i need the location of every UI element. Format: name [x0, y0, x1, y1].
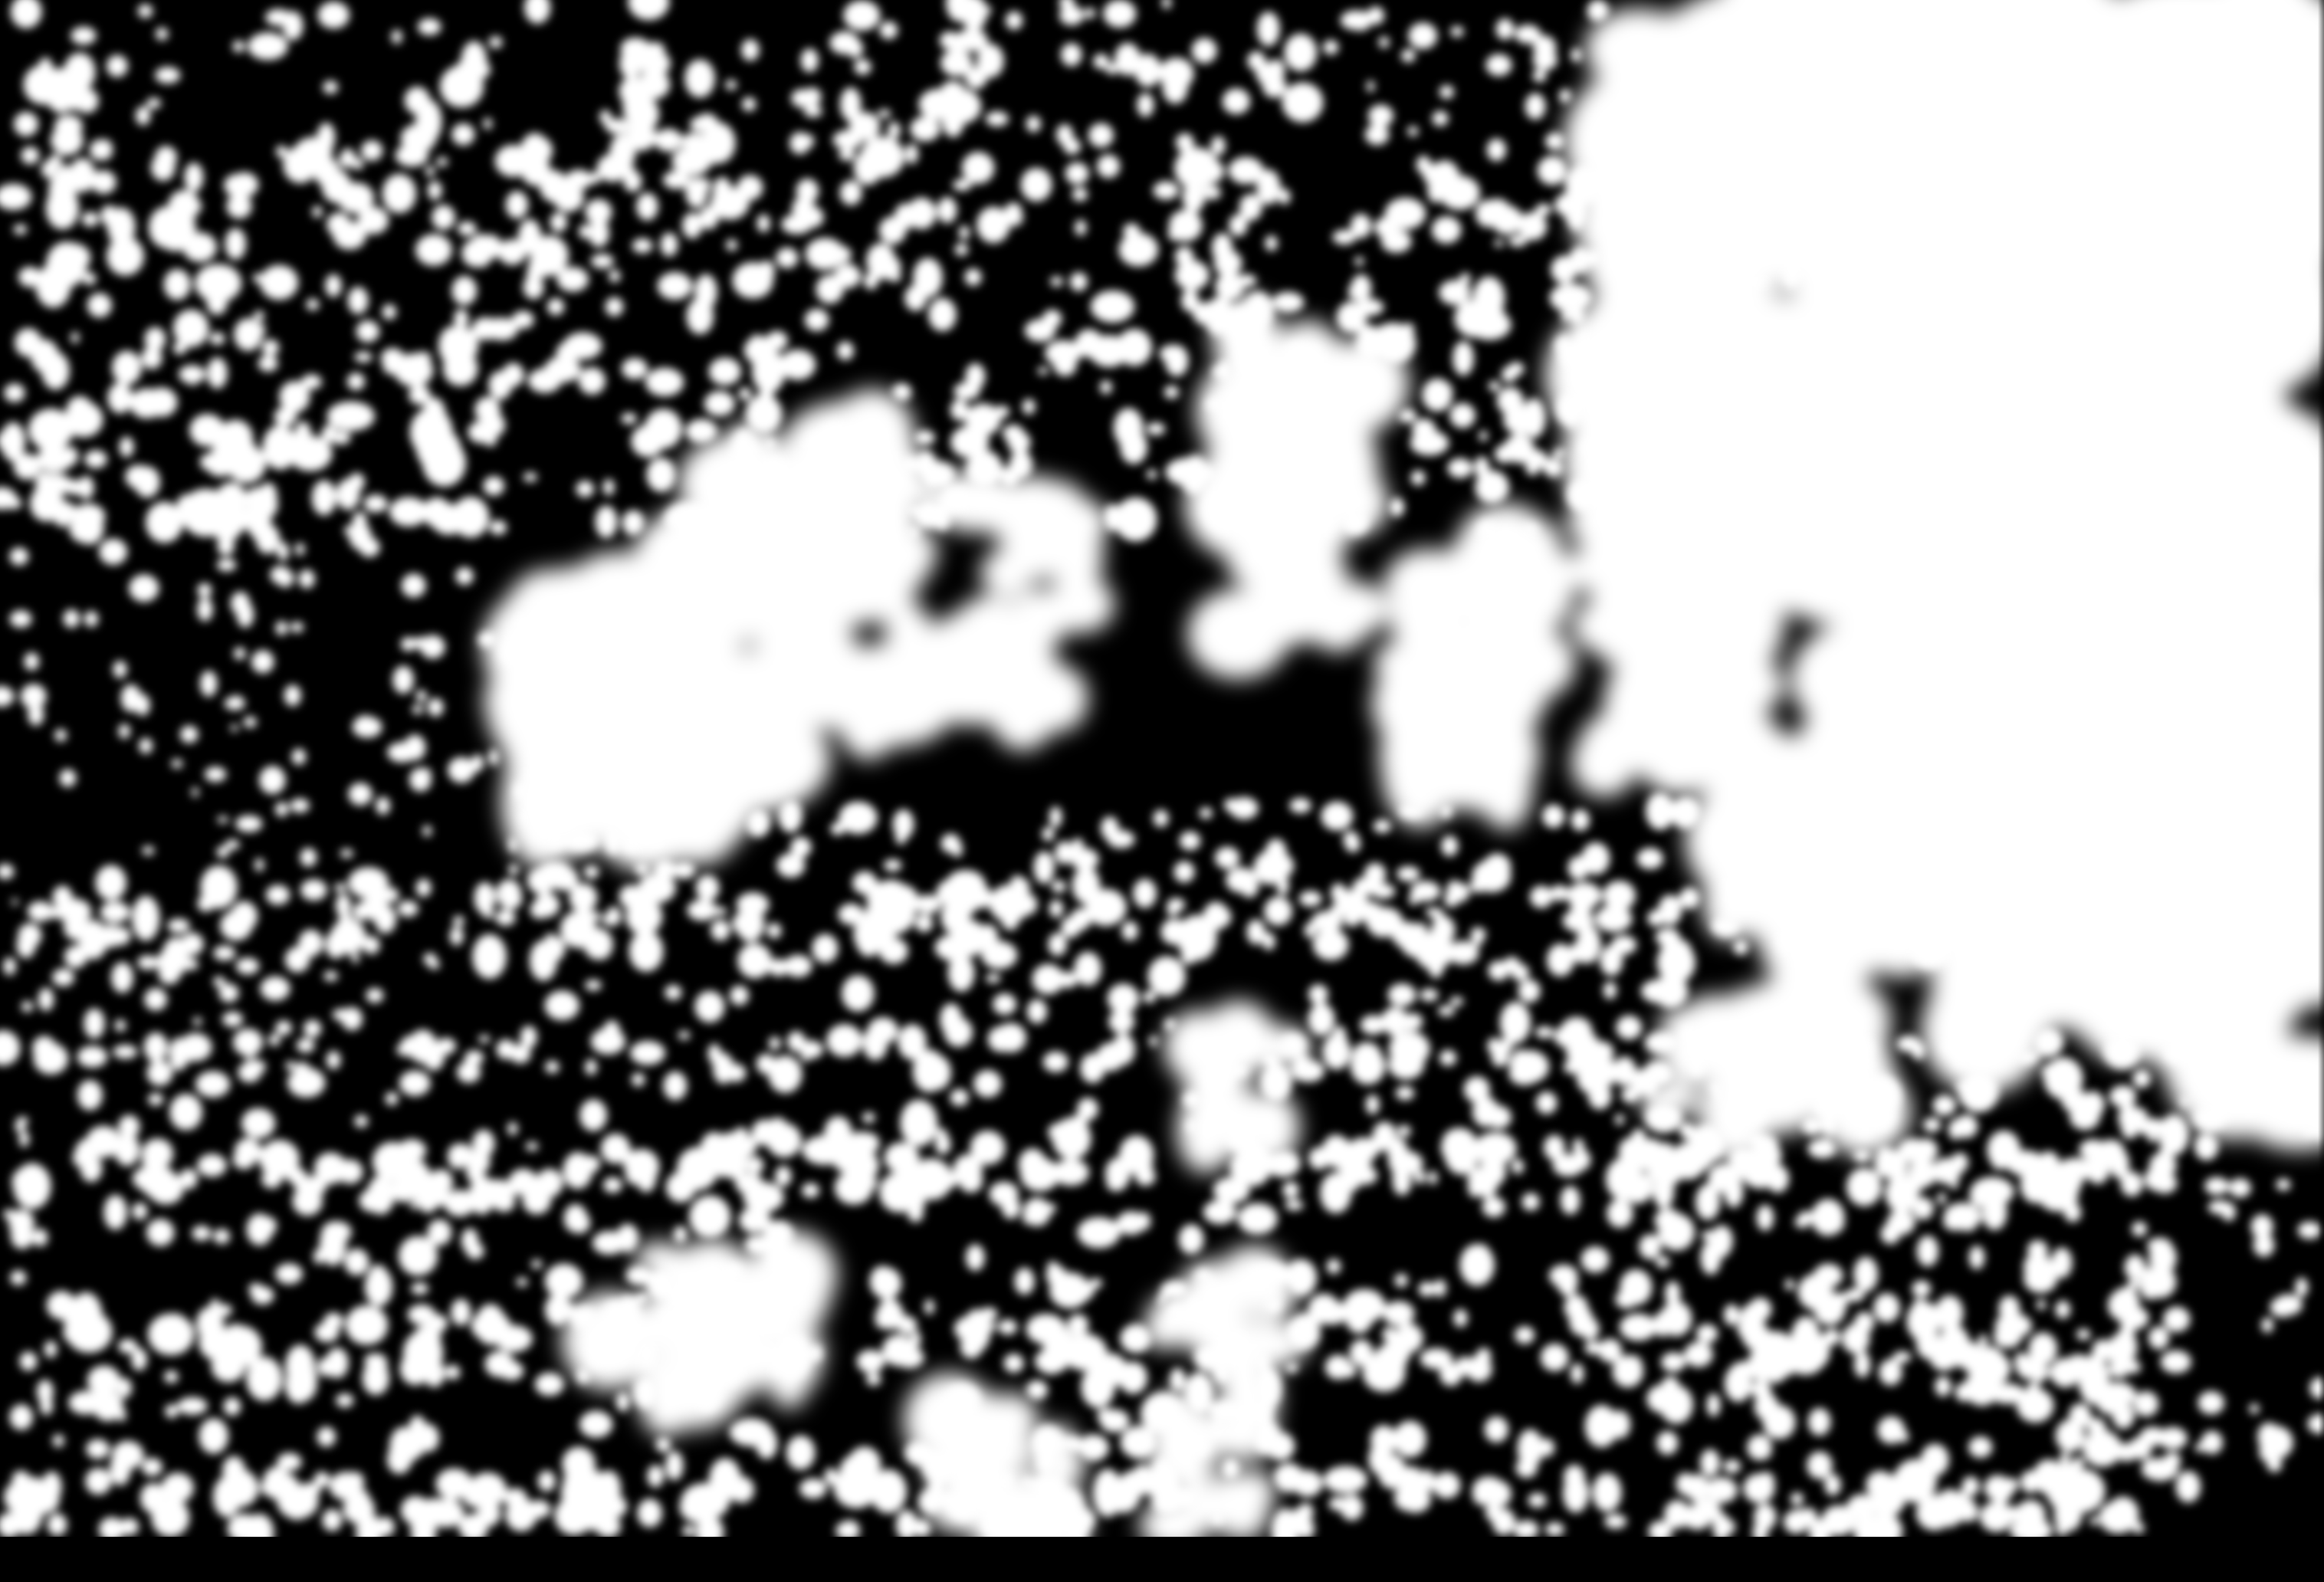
cloud-mask-image: [0, 0, 2324, 1582]
right-edge-shading: [2318, 0, 2324, 1537]
bottom-no-data-band: [0, 1537, 2324, 1582]
